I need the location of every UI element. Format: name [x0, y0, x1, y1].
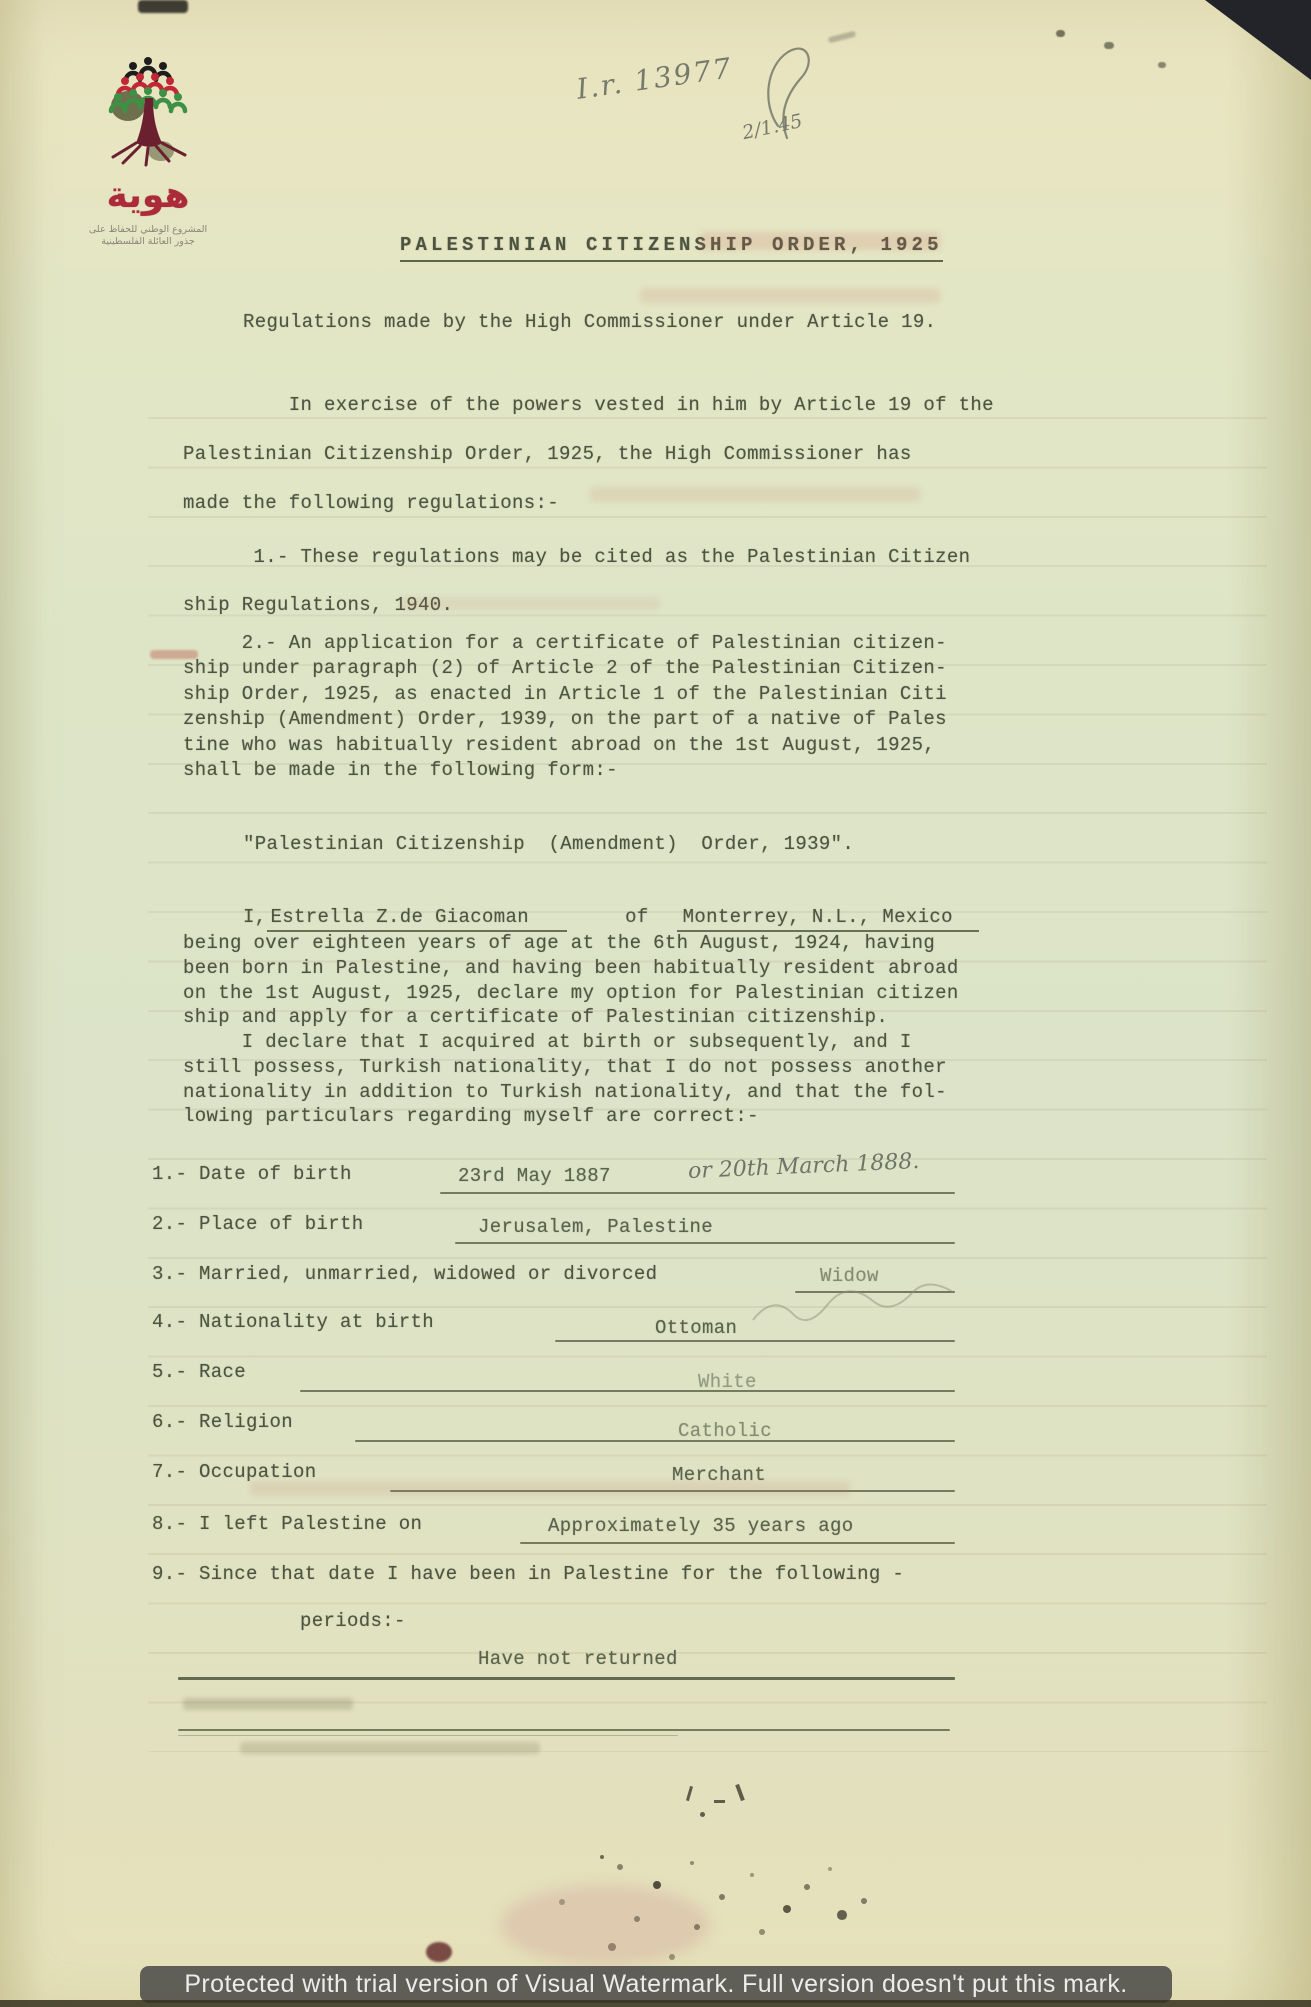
paragraph-regulation-2: 2.- An application for a certificate of … [183, 631, 947, 783]
form-item-9-periods: periods:- [300, 1610, 406, 1632]
speck [1104, 42, 1114, 49]
document-subtitle: Regulations made by the High Commissione… [243, 311, 936, 333]
bleed-through-smudge [700, 232, 940, 250]
bleed-through-date-place-line [240, 1742, 540, 1754]
logo-subtitle-line1: المشروع الوطني للحفاظ على [58, 224, 238, 236]
form-title-quote: "Palestinian Citizenship (Amendment) Ord… [243, 833, 854, 855]
paragraph-regulation-1: 1.- These regulations may be cited as th… [183, 533, 970, 629]
form-item-8-value: Approximately 35 years ago [548, 1515, 854, 1537]
form-item-5-label: 5.- Race [152, 1361, 246, 1383]
form-item-8-underline [520, 1542, 955, 1544]
huwiyya-logo: هوية المشروع الوطني للحفاظ على جذور العا… [58, 50, 238, 247]
form-item-2-underline [455, 1242, 955, 1244]
dark-red-stain [426, 1942, 452, 1962]
form-item-5-underline [300, 1390, 955, 1392]
ink-dot [700, 1812, 705, 1817]
paragraph-intro: In exercise of the powers vested in him … [183, 381, 994, 528]
declaration-body: being over eighteen years of age at the … [183, 931, 959, 1129]
scanned-document-page: { "colors": { "paper": "#dee5c6", "typew… [0, 0, 1311, 2007]
red-ink-bleed-mark [150, 650, 198, 659]
form-item-5-value: White [698, 1371, 757, 1393]
declaration-name-line: I,Estrella Z.de GiacomanofMonterrey, N.L… [243, 906, 979, 928]
form-item-6-label: 6.- Religion [152, 1411, 293, 1433]
bleed-through-smudge [250, 1481, 850, 1496]
logo-subtitle: المشروع الوطني للحفاظ على جذور العائلة ا… [58, 224, 238, 247]
form-item-1-label: 1.- Date of birth [152, 1163, 352, 1185]
photo-bottom-edge [0, 2000, 1311, 2007]
answer-underline-1 [178, 1677, 955, 1680]
form-item-2-value: Jerusalem, Palestine [478, 1216, 713, 1238]
logo-arabic-title: هوية [58, 176, 238, 216]
answer-underline-2-echo [178, 1735, 678, 1736]
form-item-7-label: 7.- Occupation [152, 1461, 317, 1483]
handwriting-scribble [748, 1282, 958, 1334]
form-item-1-underline [440, 1192, 955, 1194]
pink-stain [500, 1885, 710, 1965]
of-word: of [625, 906, 649, 928]
trial-watermark-text: Protected with trial version of Visual W… [184, 1970, 1127, 1999]
speck [1158, 62, 1166, 68]
bleed-through-smudge [640, 288, 940, 303]
declaration-prefix: I, [243, 906, 267, 928]
declarant-place: Monterrey, N.L., Mexico [677, 906, 979, 932]
speck [1056, 30, 1065, 37]
form-item-9-answer: Have not returned [478, 1648, 678, 1670]
form-item-1-value: 23rd May 1887 [458, 1165, 611, 1187]
form-item-4-underline [555, 1340, 955, 1342]
declarant-name: Estrella Z.de Giacoman [267, 906, 568, 932]
trial-watermark-bar: Protected with trial version of Visual W… [140, 1966, 1172, 2003]
form-item-3-label: 3.- Married, unmarried, widowed or divor… [152, 1263, 657, 1285]
logo-subtitle-line2: جذور العائلة الفلسطينية [58, 236, 238, 248]
form-item-9-label: 9.- Since that date I have been in Pales… [152, 1563, 904, 1585]
bleed-through-smudge [400, 597, 660, 610]
form-item-4-value: Ottoman [655, 1317, 737, 1339]
form-item-8-label: 8.- I left Palestine on [152, 1513, 422, 1535]
ink-stroke [714, 1800, 725, 1803]
form-item-2-label: 2.- Place of birth [152, 1213, 364, 1235]
family-tree-logo-icon [93, 52, 203, 174]
ink-speckle-cluster [600, 1855, 604, 1859]
answer-underline-2 [178, 1729, 950, 1731]
form-item-6-value: Catholic [678, 1420, 772, 1442]
form-item-6-underline [355, 1440, 955, 1442]
bleed-through-signed-line [183, 1698, 353, 1710]
form-item-4-label: 4.- Nationality at birth [152, 1311, 434, 1333]
edge-stain [138, 0, 188, 13]
bleed-through-smudge [590, 487, 920, 502]
